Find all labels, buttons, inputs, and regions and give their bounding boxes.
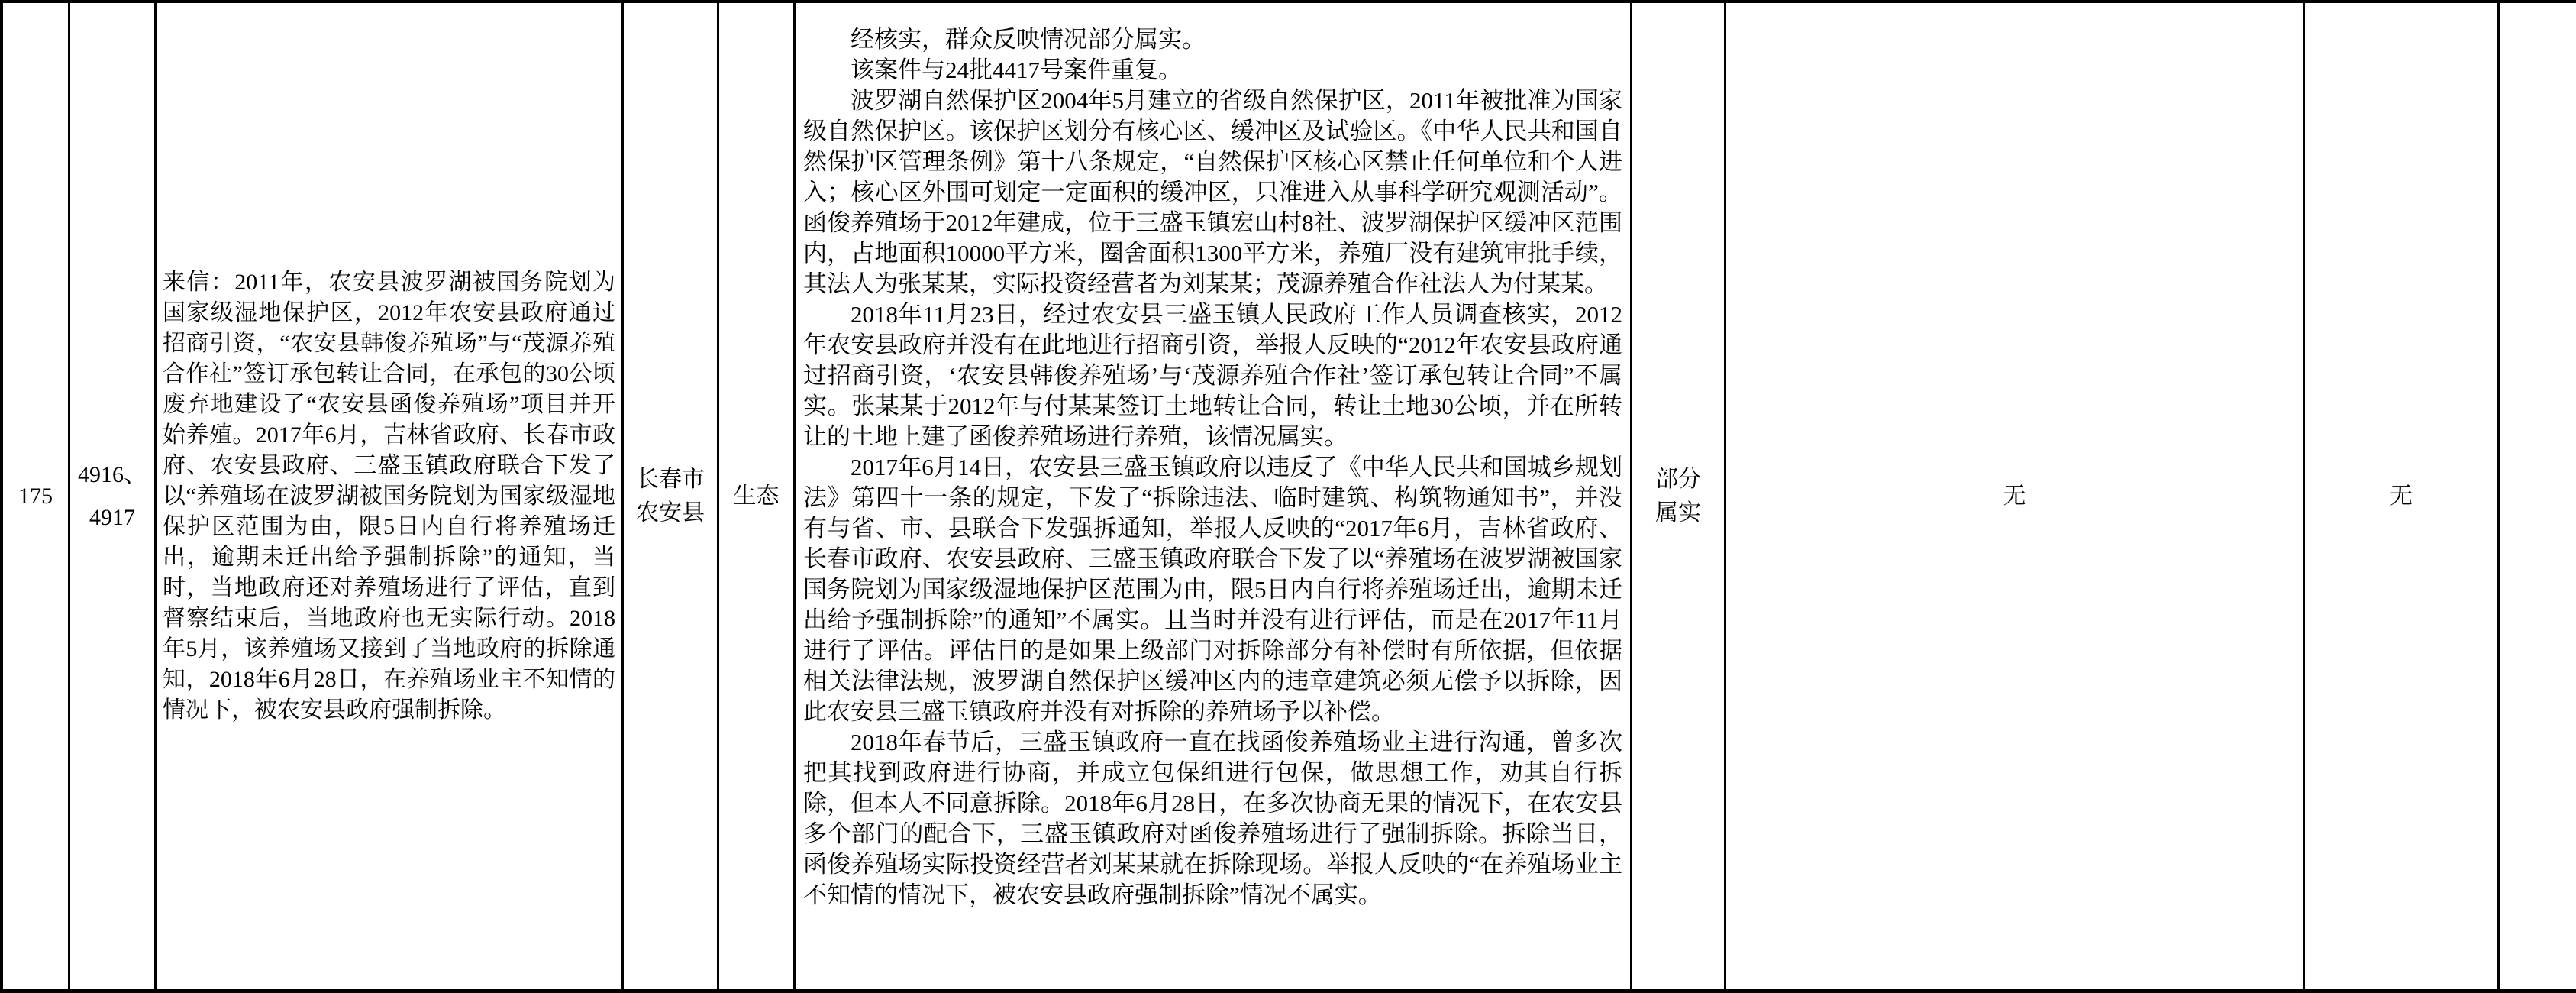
accountability-text: 无	[2390, 480, 2413, 513]
verification-paragraph: 2017年6月14日，农安县三盛玉镇政府以违反了《中华人民共和国城乡规划法》第四…	[803, 452, 1622, 727]
category-text: 生态	[734, 480, 780, 513]
handling-result-text: 无	[2003, 480, 2026, 513]
verification-paragraph: 2018年春节后，三盛玉镇政府一直在找函俊养殖场业主进行沟通，曾多次把其找到政府…	[803, 727, 1622, 911]
complaint-letter-cell: 来信：2011年，农安县波罗湖被国务院划为国家级湿地保护区，2012年农安县政府…	[157, 3, 624, 989]
accountability-cell: 无	[2305, 3, 2500, 989]
region-text: 长春市农安县	[624, 463, 717, 530]
complaint-case-row: 175 4916、4917 来信：2011年，农安县波罗湖被国务院划为国家级湿地…	[0, 0, 2576, 993]
region-cell: 长春市农安县	[624, 3, 719, 989]
trailing-empty-cell	[2500, 3, 2576, 989]
complaint-letter-text: 来信：2011年，农安县波罗湖被国务院划为国家级湿地保护区，2012年农安县政府…	[157, 267, 621, 726]
case-numbers-cell: 4916、4917	[70, 3, 157, 989]
case-numbers-text: 4916、4917	[70, 454, 154, 539]
verification-result-text: 部分属实	[1632, 463, 1724, 530]
verification-paragraph: 2018年11月23日，经过农安县三盛玉镇人民政府工作人员调查核实，2012年农…	[803, 299, 1622, 452]
verification-result-cell: 部分属实	[1632, 3, 1726, 989]
verification-findings-text: 经核实，群众反映情况部分属实。 该案件与24批4417号案件重复。 波罗湖自然保…	[796, 3, 1630, 918]
verification-findings-cell: 经核实，群众反映情况部分属实。 该案件与24批4417号案件重复。 波罗湖自然保…	[796, 3, 1632, 989]
verification-paragraph: 波罗湖自然保护区2004年5月建立的省级自然保护区，2011年被批准为国家级自然…	[803, 86, 1622, 299]
verification-paragraph: 该案件与24批4417号案件重复。	[803, 55, 1622, 86]
handling-result-cell: 无	[1726, 3, 2305, 989]
category-cell: 生态	[719, 3, 796, 989]
serial-number-text: 175	[18, 480, 53, 513]
verification-paragraph: 经核实，群众反映情况部分属实。	[803, 24, 1622, 55]
serial-number-cell: 175	[3, 3, 70, 989]
